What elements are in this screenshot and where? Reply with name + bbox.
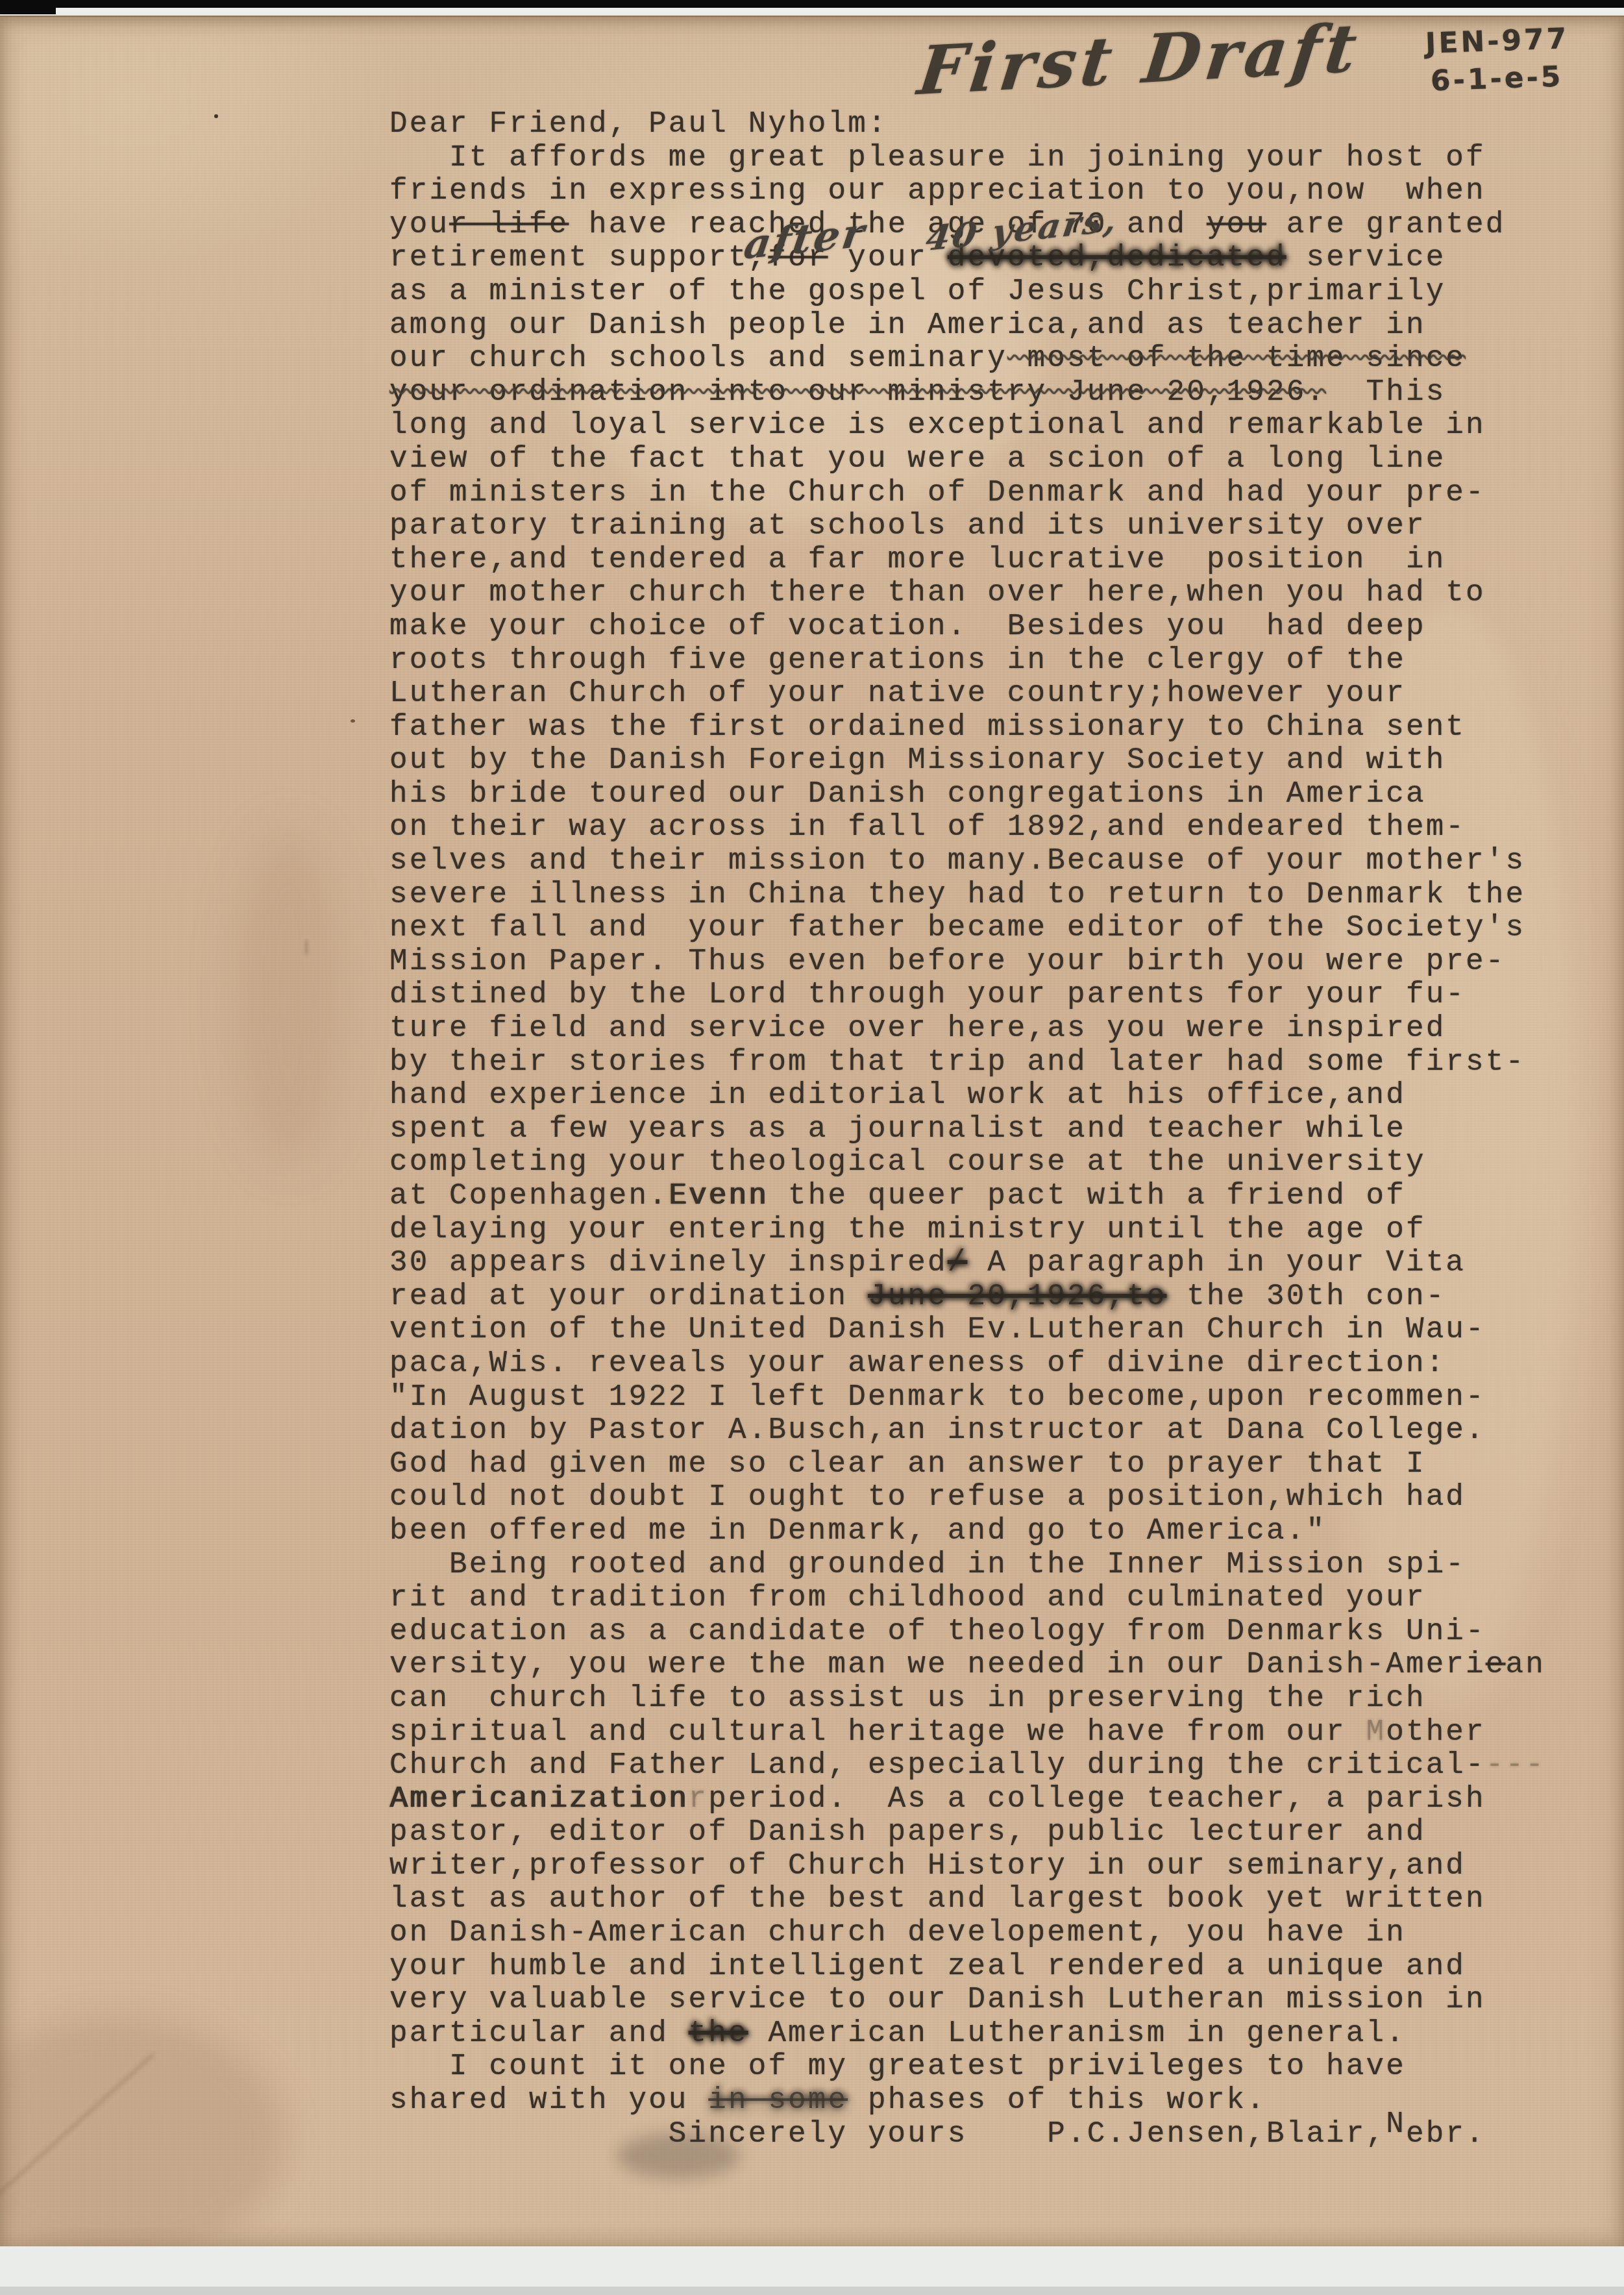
letter-text-segment: as a minister of the gospel of Jesus Chr… — [389, 275, 1446, 308]
letter-text-segment: long and loyal service is exceptional an… — [389, 408, 1486, 442]
letter-text-segment: severe illness in China they had to retu… — [389, 878, 1525, 912]
letter-text-segment: his bride toured our Danish congregation… — [389, 777, 1426, 811]
letter-line: Lutheran Church of your native country;h… — [389, 677, 1545, 711]
correction-wrap: forafter — [768, 242, 828, 275]
letter-correction: / — [948, 1246, 968, 1280]
letter-line: ture field and service over here,as you … — [389, 1012, 1545, 1046]
letter-text-segment: your mother church there than over here,… — [389, 576, 1486, 610]
letter-line: education as a candidate of theology fro… — [389, 1615, 1545, 1649]
letter-text-segment: read at your ordination — [389, 1280, 868, 1313]
letter-line: writer,professor of Church History in ou… — [389, 1850, 1545, 1883]
letter-text-segment: you — [389, 208, 449, 242]
letter-text-segment: on Danish-American church developement, … — [389, 1916, 1406, 1950]
letter-text-segment: spiritual and cultural heritage we have … — [389, 1715, 1366, 1749]
letter-line: could not doubt I ought to refuse a posi… — [389, 1481, 1545, 1515]
letter-correction: in some — [708, 2083, 848, 2117]
letter-correction: --- — [1486, 1748, 1545, 1782]
letter-line: your ordination into our ministry June 2… — [389, 376, 1545, 410]
letter-line: last as author of the best and largest b… — [389, 1883, 1545, 1917]
letter-correction: e — [1486, 1648, 1506, 1681]
letter-line: our church schools and seminary most of … — [389, 342, 1545, 376]
letter-text-segment: shared with you — [389, 2083, 708, 2117]
letter-correction: r life — [449, 208, 569, 242]
letter-line: long and loyal service is exceptional an… — [389, 409, 1545, 443]
letter-text-segment: service — [1286, 241, 1446, 275]
letter-line: rit and tradition from childhood and cul… — [389, 1582, 1545, 1615]
letter-line: delaying your entering the ministry unti… — [389, 1213, 1545, 1247]
letter-line: there,and tendered a far more lucrative … — [389, 543, 1545, 577]
letter-line: make your choice of vocation. Besides yo… — [389, 610, 1545, 644]
letter-line: of ministers in the Church of Denmark an… — [389, 477, 1545, 510]
letter-text-segment: your humble and intelligent zeal rendere… — [389, 1950, 1466, 1983]
letter-text-segment: paca,Wis. reveals your awareness of divi… — [389, 1346, 1446, 1380]
letter-line: your mother church there than over here,… — [389, 577, 1545, 610]
letter-text-segment: rit and tradition from childhood and cul… — [389, 1581, 1426, 1615]
letter-text-segment: Church and Father Land, especially durin… — [389, 1748, 1486, 1782]
letter-text-segment: A paragraph in your Vita — [967, 1246, 1466, 1280]
letter-line: roots through five generations in the cl… — [389, 644, 1545, 678]
letter-line: "In August 1922 I left Denmark to become… — [389, 1381, 1545, 1415]
letter-text-segment: selves and their mission to many.Because… — [389, 844, 1525, 878]
letter-line: very valuable service to our Danish Luth… — [389, 1983, 1545, 2017]
letter-line: It affords me great pleasure in joining … — [389, 142, 1545, 175]
letter-correction: r — [689, 1782, 709, 1816]
letter-line: paratory training at schools and its uni… — [389, 510, 1545, 543]
letter-correction: most of the time since — [1007, 341, 1466, 375]
letter-text-segment: spent a few years as a journalist and te… — [389, 1112, 1406, 1146]
letter-text-segment: there,and tendered a far more lucrative … — [389, 543, 1446, 577]
letter-text-segment: vention of the United Danish Ev.Lutheran… — [389, 1313, 1486, 1346]
ink-speck — [214, 114, 218, 118]
paper-stain — [234, 828, 344, 1166]
paper-crease — [0, 2053, 154, 2203]
letter-line: vention of the United Danish Ev.Lutheran… — [389, 1313, 1545, 1347]
scan-top-strip — [0, 0, 1624, 8]
letter-line: next fall and your father became editor … — [389, 912, 1545, 945]
letter-line: paca,Wis. reveals your awareness of divi… — [389, 1347, 1545, 1381]
letter-line: 30 appears divinely inspired/ A paragrap… — [389, 1247, 1545, 1280]
letter-line: dation by Pastor A.Busch,an instructor a… — [389, 1414, 1545, 1448]
letter-correction: Americanization — [389, 1782, 689, 1816]
letter-line: hand experience in editorial work at his… — [389, 1079, 1545, 1113]
letter-line: at Copenhagen.Evenn the queer pact with … — [389, 1180, 1545, 1213]
letter-text-segment: period. As a college teacher, a parish — [708, 1782, 1485, 1816]
letter-line: by their stories from that trip and late… — [389, 1046, 1545, 1080]
letter-line: out by the Danish Foreign Missionary Soc… — [389, 744, 1545, 778]
letter-line: completing your theological course at th… — [389, 1146, 1545, 1180]
letter-text-segment: distined by the Lord through your parent… — [389, 978, 1466, 1011]
letter-text-segment: writer,professor of Church History in ou… — [389, 1849, 1466, 1883]
letter-text-segment: make your choice of vocation. Besides yo… — [389, 610, 1426, 643]
letter-line: father was the first ordained missionary… — [389, 711, 1545, 745]
letter-line: pastor, editor of Danish papers, public … — [389, 1816, 1545, 1850]
letter-text-segment: very valuable service to our Danish Luth… — [389, 1983, 1486, 2016]
letter-text-segment: completing your theological course at th… — [389, 1145, 1426, 1179]
letter-correction: M — [1366, 1715, 1386, 1749]
letter-line: God had given me so clear an answer to p… — [389, 1448, 1545, 1482]
letter-line: Being rooted and grounded in the Inner M… — [389, 1548, 1545, 1582]
letter-line: been offered me in Denmark, and go to Am… — [389, 1515, 1545, 1548]
letter-text-segment: phases of this work. — [848, 2083, 1266, 2117]
letter-line: view of the fact that you were a scion o… — [389, 443, 1545, 477]
letter-line: Mission Paper. Thus even before your bir… — [389, 945, 1545, 979]
letter-line: I count it one of my greatest privileges… — [389, 2050, 1545, 2084]
letter-text-segment: Dear Friend, Paul Nyholm: — [389, 107, 888, 141]
letter-line: severe illness in China they had to retu… — [389, 878, 1545, 912]
letter-text-segment: other — [1386, 1715, 1486, 1749]
letter-line: on their way across in fall of 1892,and … — [389, 811, 1545, 845]
letter-text-segment: I count it one of my greatest privileges… — [389, 2050, 1406, 2083]
letter-correction: dedicated — [1107, 241, 1286, 275]
letter-line: read at your ordination June 20,1926,to … — [389, 1280, 1545, 1314]
letter-text-segment: are granted — [1266, 208, 1505, 242]
letter-line: retirement support,forafter your devoted… — [389, 242, 1545, 275]
letter-text-segment: "In August 1922 I left Denmark to become… — [389, 1380, 1486, 1414]
letter-line: spiritual and cultural heritage we have … — [389, 1716, 1545, 1750]
letter-correction: you — [1207, 208, 1266, 242]
letter-text-segment: versity, you were the man we needed in o… — [389, 1648, 1486, 1681]
letter-line: distined by the Lord through your parent… — [389, 978, 1545, 1012]
letter-line: Sincerely yours P.C.Jensen,Blair,Nebr. — [389, 2118, 1545, 2152]
letter-line: particular and the American Lutheranism … — [389, 2017, 1545, 2051]
letter-paper: First Draft JEN-977 6-1-e-5 Dear Friend,… — [0, 16, 1624, 2248]
letter-text-segment: the 30th con- — [1167, 1280, 1446, 1313]
letter-text-segment: view of the fact that you were a scion o… — [389, 442, 1446, 476]
catalog-code: 6-1-e-5 — [1430, 60, 1564, 97]
letter-text-segment: pastor, editor of Danish papers, public … — [389, 1815, 1426, 1849]
letter-line: shared with you in some phases of this w… — [389, 2084, 1545, 2118]
letter-correction: June 20,1926,to — [868, 1280, 1167, 1313]
letter-text-segment: the queer pact with a friend of — [768, 1179, 1406, 1213]
ink-speck — [305, 939, 308, 956]
letter-line: versity, you were the man we needed in o… — [389, 1648, 1545, 1682]
letter-text-segment: American Lutheranism in general. — [748, 2016, 1406, 2050]
letter-text-segment: can church life to assist us in preservi… — [389, 1681, 1426, 1715]
letter-text-segment: 30 appears divinely inspired — [389, 1246, 948, 1280]
letter-text-segment: next fall and your father became editor … — [389, 911, 1525, 945]
letter-text-segment: ebr. — [1406, 2117, 1486, 2151]
letter-text-segment: Being rooted and grounded in the Inner M… — [389, 1548, 1466, 1582]
letter-text-segment: out by the Danish Foreign Missionary Soc… — [389, 743, 1446, 777]
letter-text-segment: ture field and service over here,as you … — [389, 1011, 1446, 1045]
letter-line: as a minister of the gospel of Jesus Chr… — [389, 275, 1545, 309]
letter-text-segment: an — [1505, 1648, 1545, 1681]
letter-text-segment: hand experience in editorial work at his… — [389, 1078, 1406, 1112]
letter-text-segment: paratory training at schools and its uni… — [389, 509, 1426, 543]
letter-correction: your ordination into our ministry June 2… — [389, 375, 1326, 409]
letter-text-segment: father was the first ordained missionary… — [389, 710, 1466, 744]
letter-text-segment: education as a candidate of theology fro… — [389, 1615, 1486, 1648]
letter-text-segment: This — [1326, 375, 1446, 409]
letter-text-segment: roots through five generations in the cl… — [389, 643, 1406, 677]
scan-bottom-edge — [0, 2287, 1624, 2295]
letter-text-segment: friends in expressing our appreciation t… — [389, 174, 1486, 208]
letter-line: can church life to assist us in preservi… — [389, 1682, 1545, 1716]
letter-text-segment: at Copenhagen. — [389, 1179, 669, 1213]
letter-correction: N — [1386, 2107, 1406, 2141]
letter-line: spent a few years as a journalist and te… — [389, 1113, 1545, 1147]
letter-line: among our Danish people in America,and a… — [389, 309, 1545, 343]
letter-text-segment: It affords me great pleasure in joining … — [389, 141, 1486, 175]
letter-text-segment: Sincerely yours P.C.Jensen,Blair, — [389, 2117, 1386, 2151]
scan-corner-shadow — [0, 0, 56, 14]
letter-correction: the — [689, 2016, 748, 2050]
paper-stain — [0, 2016, 286, 2263]
letter-text-segment: dation by Pastor A.Busch,an instructor a… — [389, 1413, 1486, 1447]
letter-line: your humble and intelligent zeal rendere… — [389, 1950, 1545, 1984]
letter-text-segment: among our Danish people in America,and a… — [389, 308, 1426, 342]
letter-text-segment: by their stories from that trip and late… — [389, 1045, 1525, 1079]
letter-text-segment: of ministers in the Church of Denmark an… — [389, 476, 1486, 510]
letter-line: Dear Friend, Paul Nyholm: — [389, 108, 1545, 142]
letter-text-segment: on their way across in fall of 1892,and … — [389, 810, 1466, 844]
letter-line: on Danish-American church developement, … — [389, 1917, 1545, 1950]
letter-line: Americanizationrperiod. As a college tea… — [389, 1783, 1545, 1817]
ink-speck — [351, 719, 355, 723]
letter-text-segment: Mission Paper. Thus even before your bir… — [389, 945, 1505, 978]
letter-text-segment: been offered me in Denmark, and go to Am… — [389, 1514, 1326, 1548]
letter-text-segment: last as author of the best and largest b… — [389, 1882, 1486, 1916]
correction-wrap: devoted,40 years, — [948, 242, 1107, 275]
letter-line: selves and their mission to many.Because… — [389, 845, 1545, 878]
letter-text-segment: delaying your entering the ministry unti… — [389, 1213, 1426, 1247]
letter-text-segment: Lutheran Church of your native country;h… — [389, 676, 1406, 710]
letter-text-segment: God had given me so clear an answer to p… — [389, 1447, 1426, 1481]
letter-text-segment: could not doubt I ought to refuse a posi… — [389, 1480, 1466, 1514]
handwritten-correction: after — [743, 216, 868, 262]
letter-line: his bride toured our Danish congregation… — [389, 778, 1545, 812]
letter-text-segment: our church schools and seminary — [389, 341, 1007, 375]
letter-line: friends in expressing our appreciation t… — [389, 175, 1545, 208]
letter-text-segment: particular and — [389, 2016, 689, 2050]
letter-body: Dear Friend, Paul Nyholm: It affords me … — [389, 108, 1545, 2151]
letter-line: Church and Father Land, especially durin… — [389, 1749, 1545, 1783]
letter-text-segment: retirement support, — [389, 241, 768, 275]
letter-correction: Evenn — [669, 1179, 769, 1213]
handwritten-draft-label: First Draft — [914, 9, 1365, 111]
catalog-number: JEN-977 — [1425, 22, 1569, 60]
